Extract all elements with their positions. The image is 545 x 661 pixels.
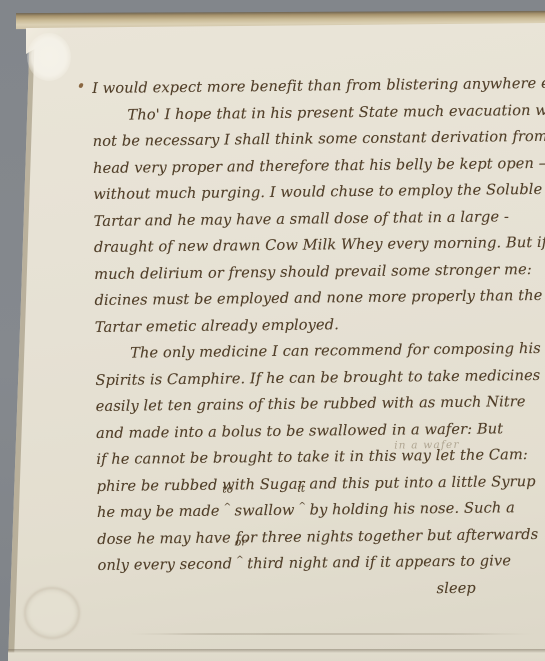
interlinear-note: in a wafer xyxy=(394,431,460,458)
manuscript-line-text: third night and if it appears to give xyxy=(247,552,511,572)
manuscript-line: I would expect more benefit than from bl… xyxy=(92,71,522,102)
insertion-caret-icon: ^ xyxy=(236,557,244,566)
manuscript-line-text: swallow xyxy=(234,502,294,520)
manuscript-line: and made into a bolus to be swallowed in… xyxy=(96,416,526,447)
page-crease xyxy=(125,633,537,635)
insertion-text: or xyxy=(235,538,247,548)
catchword: sleep xyxy=(98,575,528,606)
manuscript-line: The only medicine I can recommend for co… xyxy=(95,336,525,367)
insertion: ^it xyxy=(294,500,309,515)
manuscript-line-text: he may be made xyxy=(97,503,220,521)
page-bottom-edge xyxy=(8,649,545,661)
manuscript-line: without much purging. I would chuse to e… xyxy=(93,177,523,208)
manuscript-line: not be necessary I shall think some cons… xyxy=(93,124,523,155)
manuscript-line: if he cannot be brought to take it in th… xyxy=(96,442,526,473)
insertion-caret-icon: ^ xyxy=(298,503,306,512)
embossed-stamp xyxy=(24,587,80,639)
insertion-text: it xyxy=(297,484,305,494)
manuscript-line: dicines must be employed and none more p… xyxy=(94,283,524,314)
insertion: ^or xyxy=(232,554,247,569)
manuscript-line-text: by holding his nose. Such a xyxy=(309,499,514,518)
manuscript-text: I would expect more benefit than from bl… xyxy=(92,71,528,606)
manuscript-line: draught of new drawn Cow Milk Whey every… xyxy=(94,230,524,261)
manuscript-line: only every second^orthird night and if i… xyxy=(97,548,527,579)
manuscript-line: he may be made^toswallow^itby holding hi… xyxy=(97,495,527,526)
insertion: ^to xyxy=(219,501,234,516)
insertion-caret-icon: ^ xyxy=(224,504,232,513)
insertion-text: to xyxy=(222,485,233,495)
paper-stain xyxy=(27,33,71,81)
manuscript-line-text: only every second xyxy=(97,555,232,574)
